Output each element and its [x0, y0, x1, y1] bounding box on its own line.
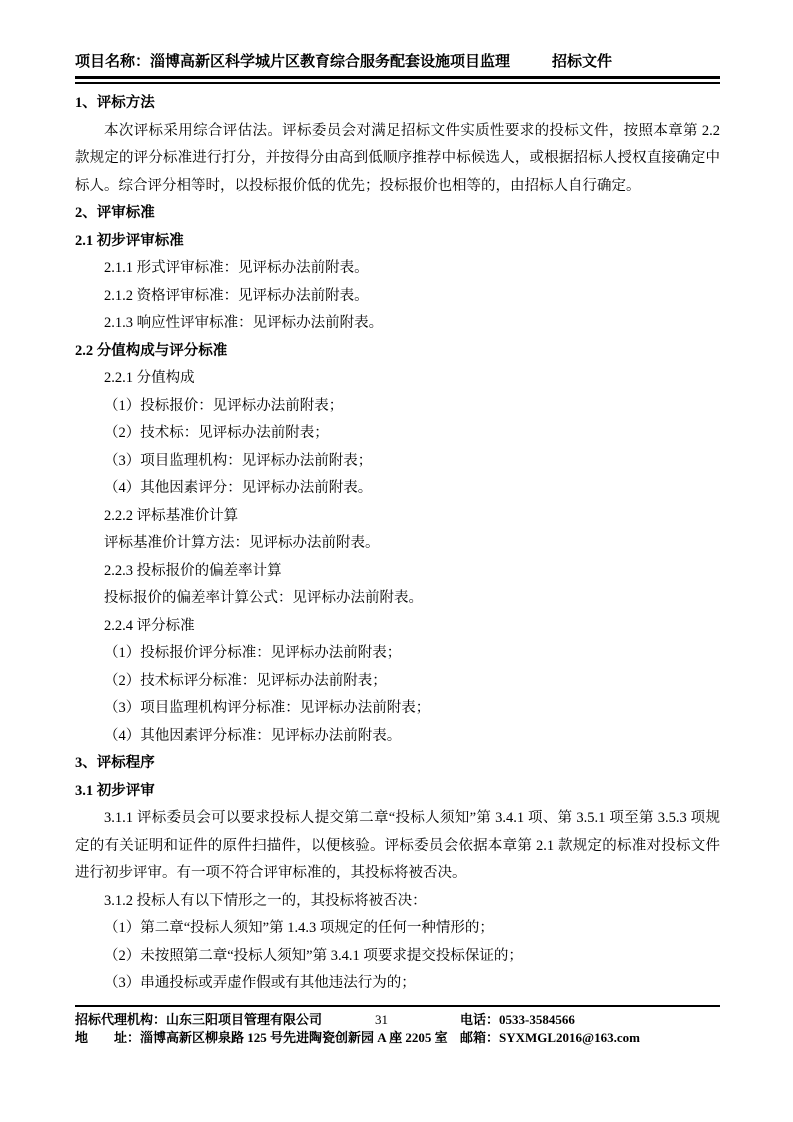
header-rule: [75, 76, 720, 84]
doc-heading: 2.1 初步评审标准: [75, 228, 720, 256]
doc-item: 2.1.2 资格评审标准：见评标办法前附表。: [75, 283, 720, 311]
doc-item: 2.1.3 响应性评审标准：见评标办法前附表。: [75, 310, 720, 338]
document-body: 1、评标方法 本次评标采用综合评估法。评标委员会对满足招标文件实质性要求的投标文…: [75, 90, 720, 998]
doc-item: （4）其他因素评分标准：见评标办法前附表。: [75, 723, 720, 751]
doc-item: （3）项目监理机构评分标准：见评标办法前附表；: [75, 695, 720, 723]
doc-item: 投标报价的偏差率计算公式：见评标办法前附表。: [75, 585, 720, 613]
doc-item: （4）其他因素评分：见评标办法前附表。: [75, 475, 720, 503]
doc-heading: 2.2 分值构成与评分标准: [75, 338, 720, 366]
doc-item: 2.2.4 评分标准: [75, 613, 720, 641]
page-footer: 招标代理机构：山东三阳项目管理有限公司 地 址：淄博高新区柳泉路 125 号先进…: [75, 1005, 720, 1047]
page-number: 31: [375, 1011, 388, 1029]
doc-heading: 3、评标程序: [75, 750, 720, 778]
project-name: 项目名称：淄博高新区科学城片区教育综合服务配套设施项目监理: [75, 52, 510, 72]
footer-right-column: 电话：0533-3584566 邮箱：SYXMGL2016@163.com: [460, 1011, 640, 1047]
doc-item: （3）串通投标或弄虚作假或有其他违法行为的；: [75, 970, 720, 998]
doc-item: （2）技术标：见评标办法前附表；: [75, 420, 720, 448]
doc-item: （1）第二章“投标人须知”第 1.4.3 项规定的任何一种情形的；: [75, 915, 720, 943]
doc-item: 3.1.2 投标人有以下情形之一的，其投标将被否决：: [75, 888, 720, 916]
document-page: 项目名称：淄博高新区科学城片区教育综合服务配套设施项目监理 招标文件 1、评标方…: [0, 0, 793, 1122]
email-line: 邮箱：SYXMGL2016@163.com: [460, 1029, 640, 1047]
doc-item: 评标基准价计算方法：见评标办法前附表。: [75, 530, 720, 558]
doc-item: 2.1.1 形式评审标准：见评标办法前附表。: [75, 255, 720, 283]
doc-item: （1）投标报价评分标准：见评标办法前附表；: [75, 640, 720, 668]
footer-rule: [75, 1005, 720, 1007]
footer-grid: 招标代理机构：山东三阳项目管理有限公司 地 址：淄博高新区柳泉路 125 号先进…: [75, 1011, 720, 1047]
doc-item: 2.2.1 分值构成: [75, 365, 720, 393]
header-row: 项目名称：淄博高新区科学城片区教育综合服务配套设施项目监理 招标文件: [75, 52, 720, 72]
phone-line: 电话：0533-3584566: [460, 1011, 640, 1029]
doc-item: 2.2.2 评标基准价计算: [75, 503, 720, 531]
doc-item: （2）未按照第二章“投标人须知”第 3.4.1 项要求提交投标保证的；: [75, 943, 720, 971]
doc-paragraph: 3.1.1 评标委员会可以要求投标人提交第二章“投标人须知”第 3.4.1 项、…: [75, 805, 720, 888]
doc-paragraph: 本次评标采用综合评估法。评标委员会对满足招标文件实质性要求的投标文件，按照本章第…: [75, 118, 720, 201]
doc-heading: 3.1 初步评审: [75, 778, 720, 806]
doc-item: （3）项目监理机构：见评标办法前附表；: [75, 448, 720, 476]
doc-item: （1）投标报价：见评标办法前附表；: [75, 393, 720, 421]
page-header: 项目名称：淄博高新区科学城片区教育综合服务配套设施项目监理 招标文件: [75, 52, 720, 84]
doc-heading: 1、评标方法: [75, 90, 720, 118]
doc-item: 2.2.3 投标报价的偏差率计算: [75, 558, 720, 586]
doc-heading: 2、评审标准: [75, 200, 720, 228]
doc-type-label: 招标文件: [552, 52, 612, 72]
doc-item: （2）技术标评分标准：见评标办法前附表；: [75, 668, 720, 696]
